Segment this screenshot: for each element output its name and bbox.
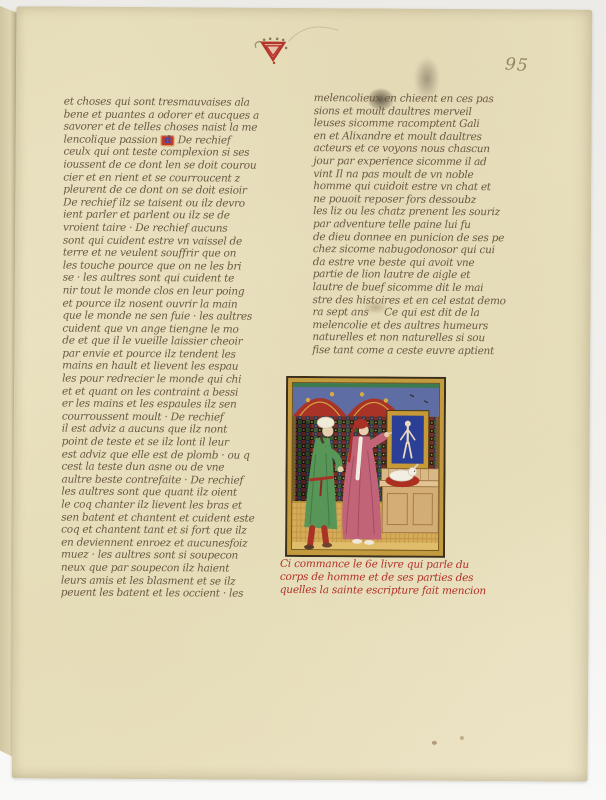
anatomy-painting (387, 411, 429, 469)
manuscript-text-line: que le monde ne sen fuie · les aultres (62, 310, 288, 324)
manuscript-page: 95 et choses qui sont tresmauvaises alab… (12, 6, 593, 782)
manuscript-text-line: vroient taire · De rechief aucuns (63, 221, 289, 235)
manuscript-text-line: terre et ne veulent souffrir que on (63, 247, 289, 261)
right-colonette (436, 417, 439, 475)
photo-background: 95 et choses qui sont tresmauvaises alab… (0, 0, 606, 800)
rubric-text-line: corps de homme et de ses parties des (280, 571, 450, 585)
manuscript-text-line: fise tant come a ceste euvre aptient (312, 344, 538, 358)
text-column-left: et choses qui sont tresmauvaises alabene… (61, 96, 290, 601)
speck (460, 736, 464, 740)
manuscript-text-line: naturelles et non naturelles si sou (312, 331, 538, 345)
manuscript-text-line: lautre de buef sicomme dit le mai (313, 281, 539, 295)
manuscript-text-line: coq et chantent tant et si fort que ilz (61, 524, 287, 538)
manuscript-text-line: er les mains et les espaules ilz sen (62, 398, 288, 412)
manuscript-text-line: savorer et de telles choses naist la me (64, 121, 290, 135)
manuscript-text-line: ioussent de ce dont len se doit courou (63, 159, 289, 173)
manuscript-text-line: ra sept ans Ce qui est dit de la (312, 306, 538, 320)
manuscript-text-line: de et que il le vueille laissier cheoir (62, 335, 288, 349)
speck (432, 741, 437, 745)
manuscript-text-line: point de teste et se ilz lont il leur (62, 436, 288, 450)
manuscript-text-line: partie de lion lautre de aigle et (313, 268, 539, 282)
manuscript-text-line: homme qui cuidoit estre vn chat et (313, 180, 539, 194)
rubric-text-line: Ci commance le 6e livre qui parle du (280, 558, 450, 572)
manuscript-text-line: pleurent de ce dont on se doit esioir (63, 184, 289, 198)
manuscript-text-line: cest la teste dun asne ou de vne (62, 461, 288, 475)
manuscript-text-line: par adventure telle paine lui fu (313, 218, 539, 232)
manuscript-text-line: les pour redrecier le monde qui chi (62, 373, 288, 387)
manuscript-text-line: et choses qui sont tresmauvaises ala (64, 96, 290, 110)
manuscript-text-line: jour par experience sicomme il ad (313, 155, 539, 169)
illuminated-initial: d (161, 135, 175, 146)
left-colonette (292, 416, 296, 503)
manuscript-text-line: leuses sicomme racomptent Gali (314, 117, 540, 131)
miniature-frame (285, 376, 446, 558)
manuscript-text-line: le coq chanter ilz lievent les bras et (61, 499, 287, 513)
manuscript-text-line: chez sicome nabugodonosor qui cui (313, 243, 539, 257)
rubric-text-line: quelles la sainte escripture fait mencio… (280, 584, 450, 598)
folio-number: 95 (504, 54, 529, 76)
miniature-scene (285, 376, 446, 558)
manuscript-text-line: se · les aultres sont qui cuident te (63, 272, 289, 286)
green-man-hand (338, 466, 344, 472)
manuscript-text-line: neux que par soupecon ilz haient (61, 561, 287, 575)
white-turban (317, 417, 334, 428)
quire-mark-ornament (254, 36, 294, 66)
manuscript-text-line: nir tout le monde clos en leur poing (63, 284, 289, 298)
rubric-caption: Ci commance le 6e livre qui parle ducorp… (280, 558, 450, 599)
manuscript-text-line: peuent les batent et les occient · les (61, 587, 287, 601)
red-chaperon (354, 419, 368, 429)
manuscript-text-line: melencolieux en chieent en ces pas (314, 92, 540, 106)
red-hose (310, 528, 312, 545)
text-column-right: melencolieux en chieent en ces passions … (312, 92, 540, 358)
